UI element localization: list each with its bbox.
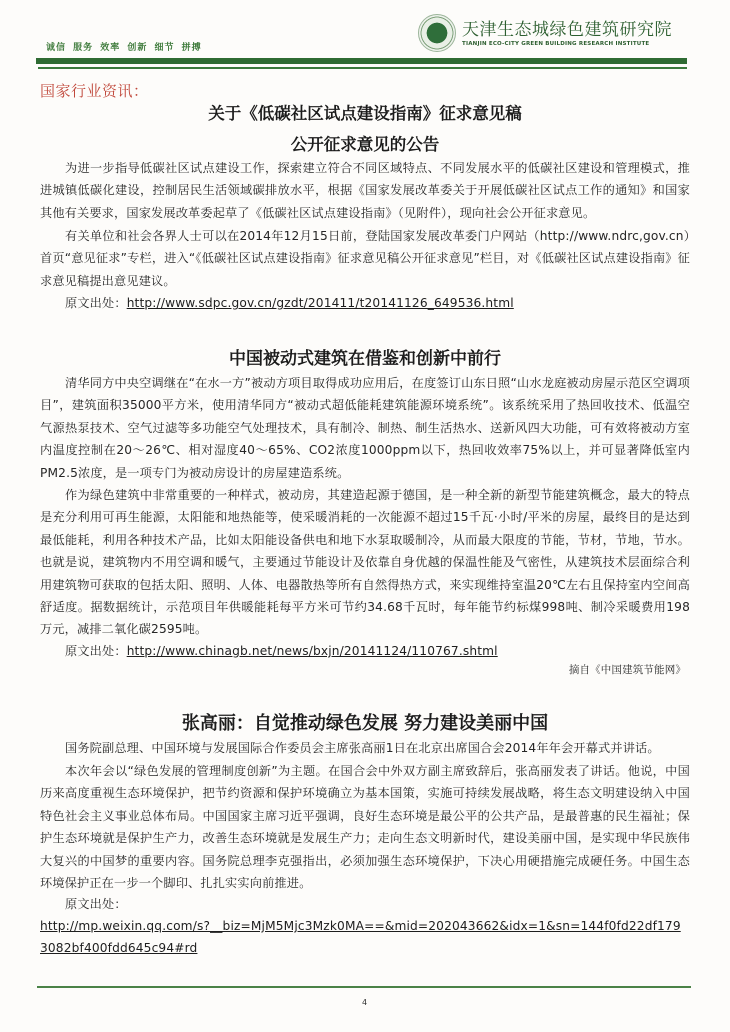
article-1-source: 原文出处：http://www.sdpc.gov.cn/gzdt/201411/… [40,292,690,314]
article-2-excerpt-from: 摘自《中国建筑节能网》 [40,659,686,681]
source-label: 原文出处： [65,296,127,310]
article-1-paragraph-1: 为进一步指导低碳社区试点建设工作，探索建立符合不同区域特点、不同发展水平的低碳社… [40,157,690,224]
org-name-cn: 天津生态城绿色建筑研究院 [462,20,672,40]
article-3-title: 张高丽：自觉推动绿色发展 努力建设美丽中国 [0,709,730,735]
header-rule-thick [36,58,328,64]
article-1-title-line2: 公开征求意见的公告 [0,131,730,155]
article-2-title: 中国被动式建筑在借鉴和创新中前行 [0,344,730,369]
article-1-source-link[interactable]: http://www.sdpc.gov.cn/gzdt/201411/t2014… [127,296,514,310]
article-1-paragraph-2: 有关单位和社会各界人士可以在2014年12月15日前，登陆国家发展改革委门户网站… [40,225,690,292]
footer-rule [37,986,691,988]
header-rule-thick-right [328,58,687,64]
article-1-title-line1: 关于《低碳社区试点建设指南》征求意见稿 [0,100,730,124]
article-2-paragraph-1: 清华同方中央空调继在“在水一方”被动方项目取得成功应用后，在度签订山东日照“山水… [40,372,690,484]
page-number: 4 [362,998,367,1007]
org-name-en: TIANJIN ECO-CITY GREEN BUILDING RESEARCH… [462,41,672,47]
article-2-source-link[interactable]: http://www.chinagb.net/news/bxjn/2014112… [127,644,498,658]
page-header: 诚信 服务 效率 创新 细节 拼搏 天津生态城绿色建筑研究院 TIANJIN E… [0,0,730,70]
source-label: 原文出处： [65,644,127,658]
header-rule-thin [38,67,687,69]
article-2-paragraph-2: 作为绿色建筑中非常重要的一种样式，被动房，其建造起源于德国，是一种全新的新型节能… [40,484,690,641]
slogan: 诚信 服务 效率 创新 细节 拼搏 [46,40,202,53]
article-3-paragraph-1: 国务院副总理、中国环境与发展国际合作委员会主席张高丽1日在北京出席国合会2014… [40,737,690,759]
org-emblem-icon [418,14,456,52]
article-3-paragraph-2: 本次年会以“绿色发展的管理制度创新”为主题。在国合会中外双方副主席致辞后，张高丽… [40,760,690,894]
article-3-source: http://mp.weixin.qq.com/s?__biz=MjM5Mjc3… [40,915,688,960]
org-logo: 天津生态城绿色建筑研究院 TIANJIN ECO-CITY GREEN BUIL… [418,14,672,52]
section-label: 国家行业资讯： [40,80,149,101]
article-3-source-link[interactable]: http://mp.weixin.qq.com/s?__biz=MjM5Mjc3… [40,919,681,955]
article-3-source-label: 原文出处： [40,893,690,915]
